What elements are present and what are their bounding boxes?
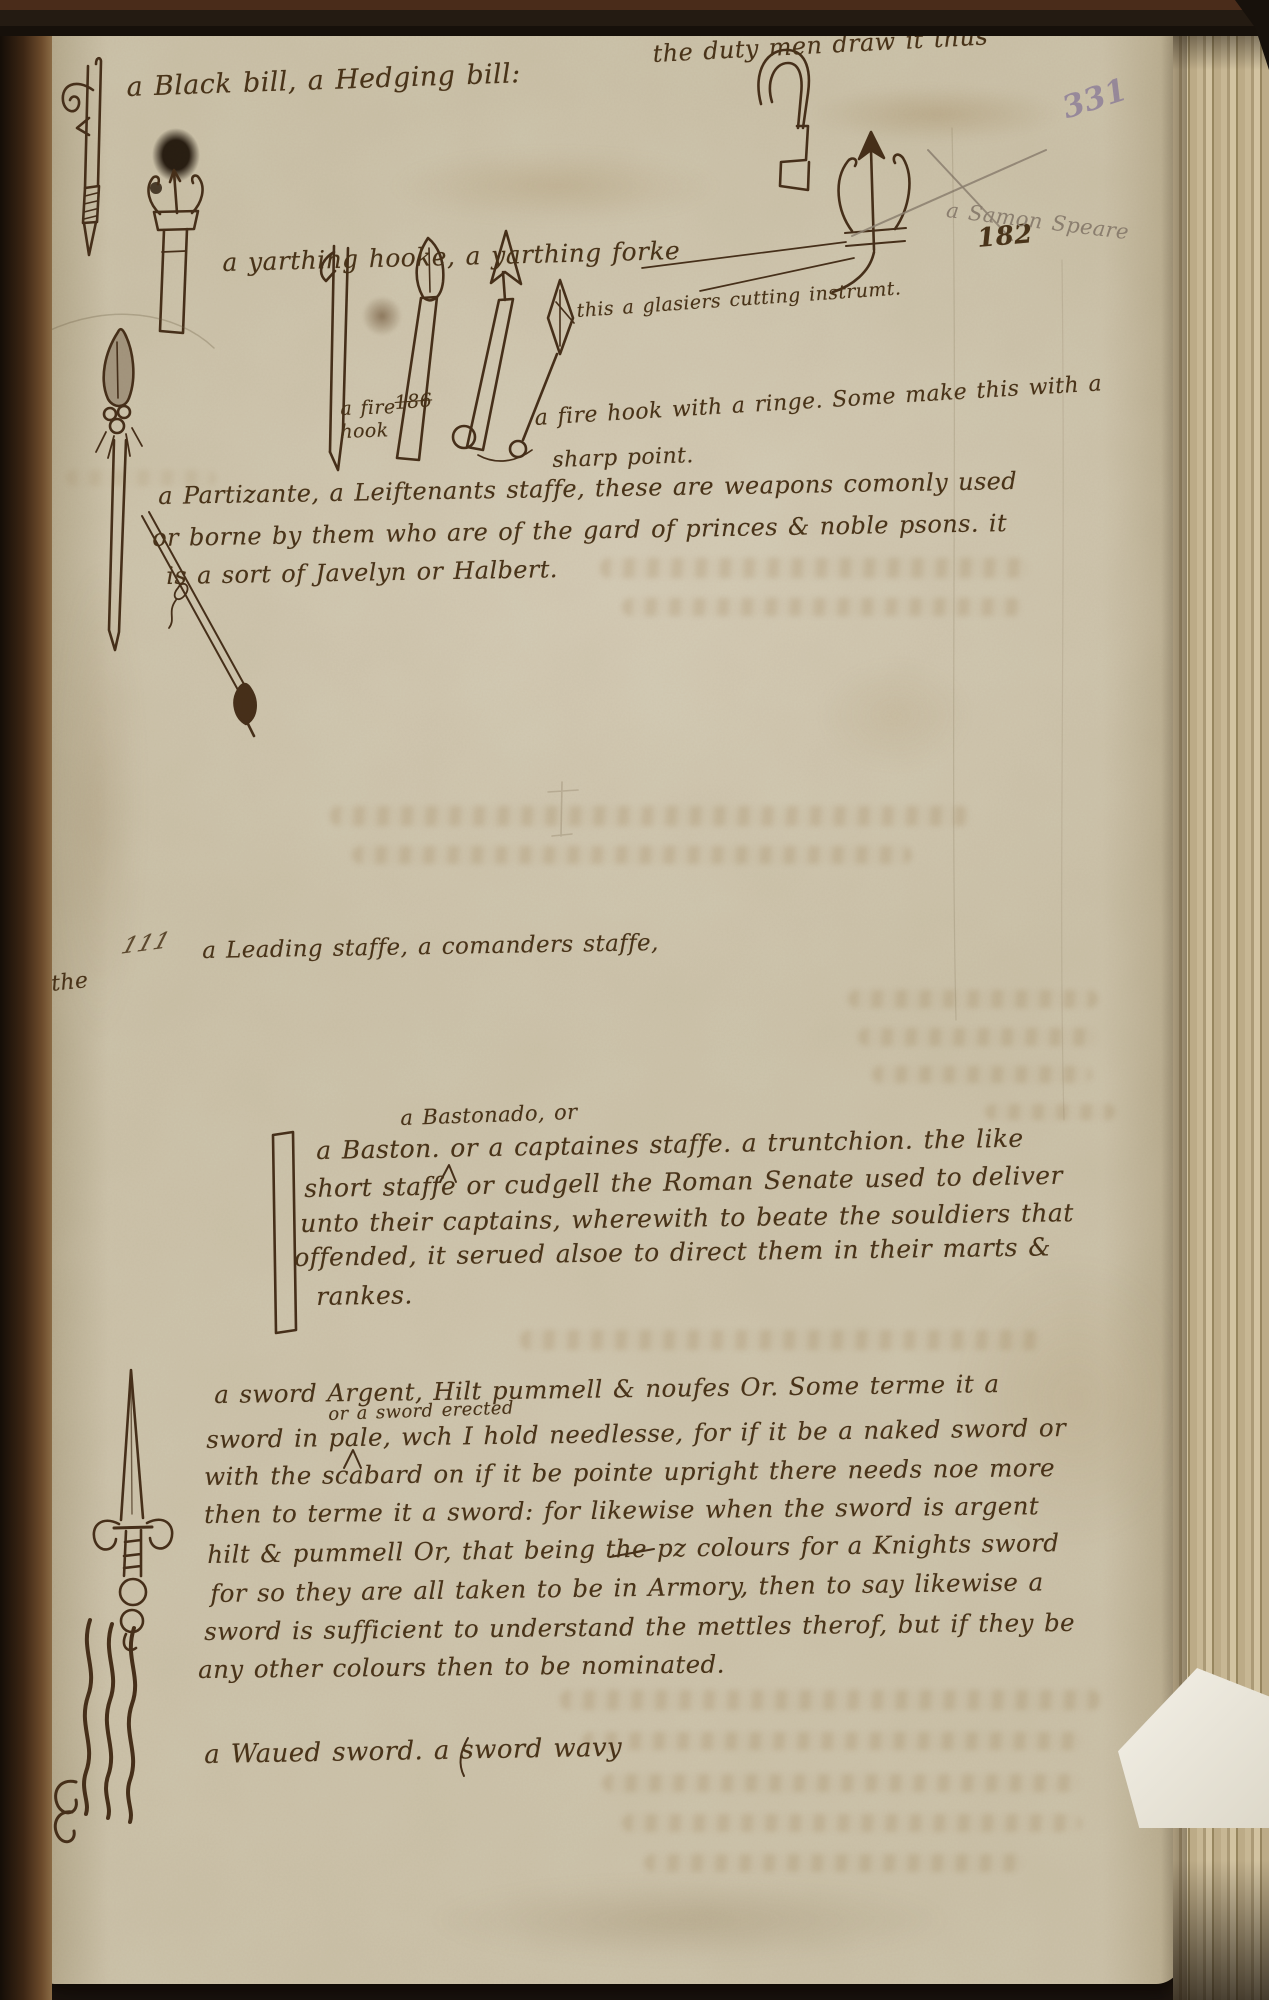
manuscript-photo: a Black bill, a Hedging bill: the duty m… [0, 0, 1269, 2000]
book-binding [0, 0, 52, 2000]
paper-grain [40, 18, 1182, 1984]
book-top-edge [0, 0, 1269, 36]
